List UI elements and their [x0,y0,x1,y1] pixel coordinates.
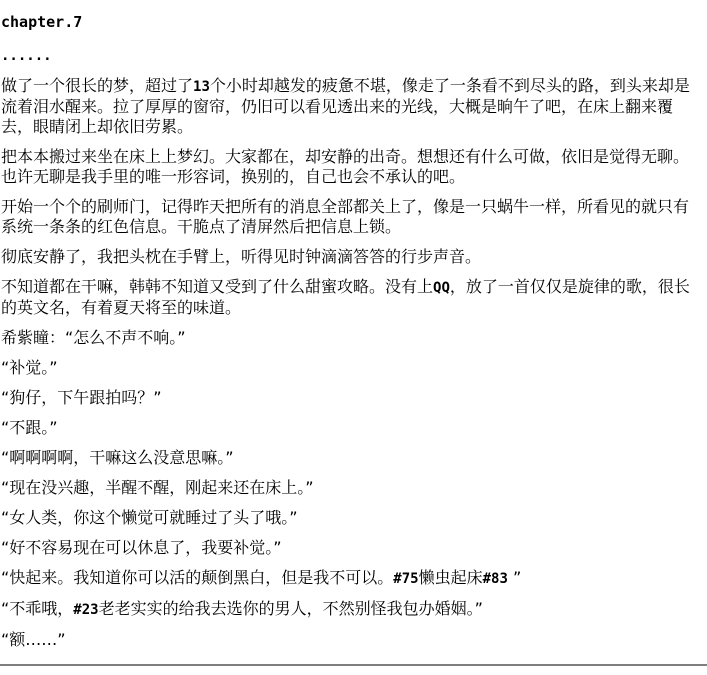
text-run: 懒虫起床 [419,568,483,587]
text-run: 希紫瞳：“怎么不声不响。” [1,328,186,347]
text-run: 把本本搬过来坐在床上上梦幻。大家都在，却安静的出奇。想想还有什么可做，依旧是觉得… [1,147,689,186]
text-run: “补觉。” [1,358,58,377]
dialogue-line: “额……” [1,630,704,650]
text-run: 做了一个很长的梦，超过了 [1,76,193,95]
paragraph-game: 开始一个个的刷师门，记得昨天把所有的消息全部都关上了，像是一只蜗牛一样，所看见的… [1,197,704,237]
text-body: ......做了一个很长的梦，超过了13个小时却越发的疲惫不堪，像走了一条看不到… [1,45,704,650]
text-page: chapter.7 ......做了一个很长的梦，超过了13个小时却越发的疲惫不… [0,0,707,650]
paragraph-laptop: 把本本搬过来坐在床上上梦幻。大家都在，却安静的出奇。想想还有什么可做，依旧是觉得… [1,147,704,187]
dialogue-line: “现在没兴趣，半醒不醒，刚起来还在床上。” [1,478,704,498]
text-run: “女人类，你这个懒觉可就睡过了头了哦。” [1,508,298,527]
paragraph-dream: 做了一个很长的梦，超过了13个小时却越发的疲惫不堪，像走了一条看不到尽头的路，到… [1,76,704,137]
text-run: 开始一个个的刷师门，记得昨天把所有的消息全部都关上了，像是一只蜗牛一样，所看见的… [1,197,689,236]
text-run: ” [508,568,521,587]
chapter-title: chapter.7 [1,13,704,31]
text-run: “不乖哦， [1,599,73,618]
dialogue-line: “狗仔，下午跟拍吗？” [1,388,704,408]
ellipsis-line: ...... [1,45,704,66]
paragraph-quiet: 彻底安静了，我把头枕在手臂上，听得见时钟滴滴答答的行步声音。 [1,247,704,267]
text-run: 老老实实的给我去选你的男人，不然别怪我包办婚姻。” [99,599,483,618]
bottom-divider [0,664,707,666]
text-run: “现在没兴趣，半醒不醒，刚起来还在床上。” [1,478,314,497]
text-run: 不知道都在干嘛，韩韩不知道又受到了什么甜蜜攻略。没有上 [1,277,433,296]
text-run: #75 [393,571,418,587]
dialogue-line: “快起来。我知道你可以活的颠倒黑白，但是我不可以。#75懒虫起床#83 ” [1,568,704,589]
dialogue-line: “不乖哦，#23老老实实的给我去选你的男人，不然别怪我包办婚姻。” [1,599,704,620]
text-run: “啊啊啊啊，干嘛这么没意思嘛。” [1,448,234,467]
dialogue-line: “女人类，你这个懒觉可就睡过了头了哦。” [1,508,704,528]
text-run: 13 [193,79,210,95]
text-run: #23 [73,602,98,618]
text-run: “快起来。我知道你可以活的颠倒黑白，但是我不可以。 [1,568,393,587]
text-run: QQ [433,280,450,296]
text-run: ...... [1,48,52,64]
dialogue-line: “啊啊啊啊，干嘛这么没意思嘛。” [1,448,704,468]
dialogue-line: “好不容易现在可以休息了，我要补觉。” [1,538,704,558]
dialogue-line: 希紫瞳：“怎么不声不响。” [1,328,704,348]
text-run: #83 [483,571,508,587]
dialogue-line: “不跟。” [1,418,704,438]
text-run: “好不容易现在可以休息了，我要补觉。” [1,538,282,557]
text-run: “不跟。” [1,418,58,437]
text-run: 彻底安静了，我把头枕在手臂上，听得见时钟滴滴答答的行步声音。 [1,247,481,266]
text-run: “额……” [1,630,66,649]
dialogue-line: “补觉。” [1,358,704,378]
paragraph-music: 不知道都在干嘛，韩韩不知道又受到了什么甜蜜攻略。没有上QQ，放了一首仅仅是旋律的… [1,277,704,318]
text-run: “狗仔，下午跟拍吗？” [1,388,162,407]
